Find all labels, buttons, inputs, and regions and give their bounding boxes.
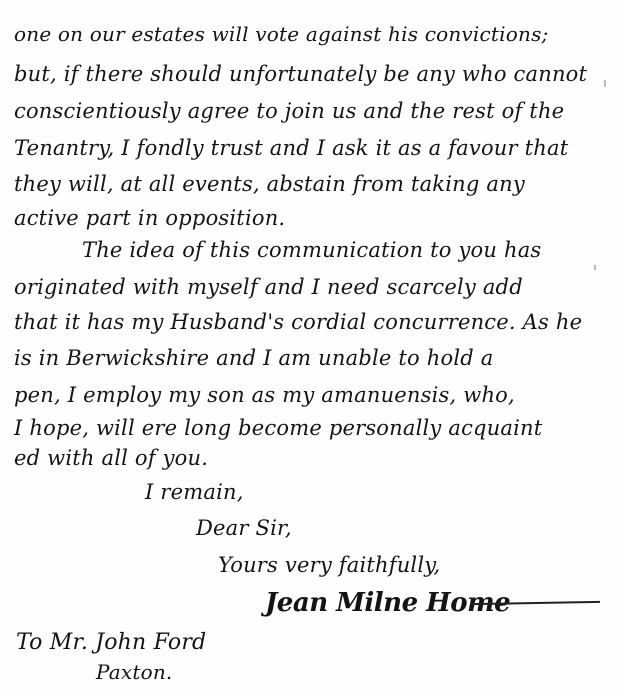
letter-page: one on our estates will vote against his… xyxy=(0,0,622,691)
paper-speck xyxy=(604,80,606,87)
letter-line: that it has my Husband's cordial concurr… xyxy=(14,310,582,334)
letter-line: one on our estates will vote against his… xyxy=(14,22,549,46)
letter-line: is in Berwickshire and I am unable to ho… xyxy=(14,346,493,370)
letter-line: they will, at all events, abstain from t… xyxy=(14,172,525,196)
closing-valediction: Yours very faithfully, xyxy=(218,553,440,577)
letter-line: originated with myself and I need scarce… xyxy=(14,275,523,299)
addressee-name: To Mr. John Ford xyxy=(16,630,206,655)
closing-remain: I remain, xyxy=(145,480,244,504)
letter-line-paragraph-start: The idea of this communication to you ha… xyxy=(82,238,541,262)
paper-speck xyxy=(594,265,596,270)
letter-line: but, if there should unfortunately be an… xyxy=(14,62,587,86)
letter-line: conscientiously agree to join us and the… xyxy=(14,99,564,123)
letter-line: active part in opposition. xyxy=(14,206,285,230)
letter-line: Tenantry, I fondly trust and I ask it as… xyxy=(14,136,568,160)
closing-salutation: Dear Sir, xyxy=(196,516,292,540)
letter-line: pen, I employ my son as my amanuensis, w… xyxy=(14,383,515,407)
letter-line: I hope, will ere long become personally … xyxy=(14,416,542,440)
letter-line: ed with all of you. xyxy=(14,446,208,470)
addressee-place: Paxton. xyxy=(96,660,172,684)
